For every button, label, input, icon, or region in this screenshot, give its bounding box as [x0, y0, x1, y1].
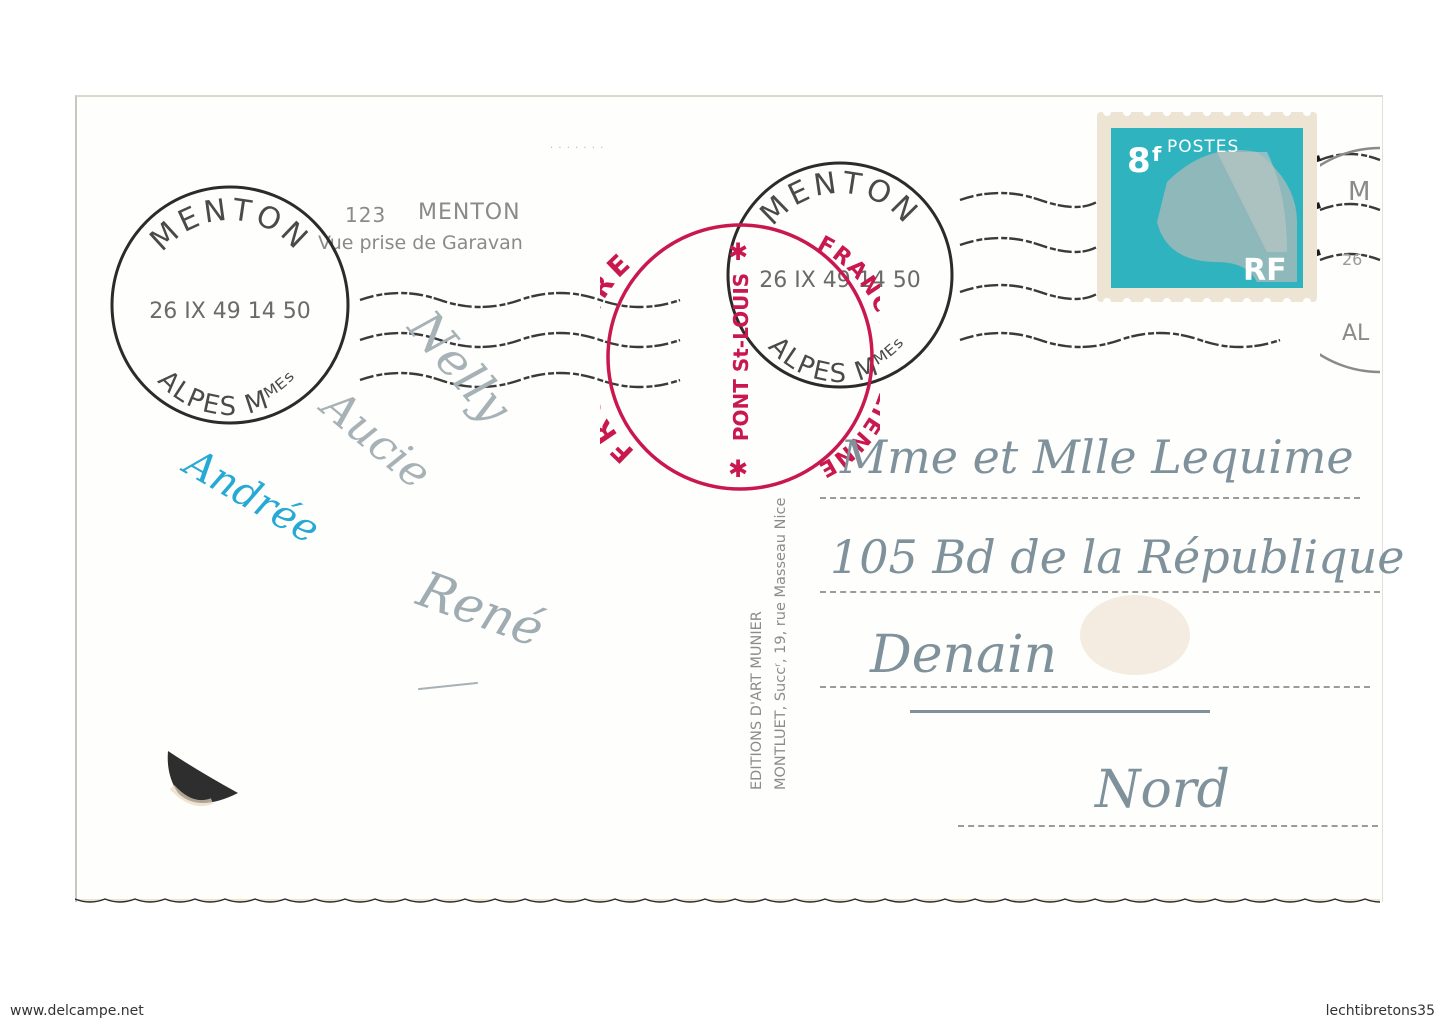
watermark-seller: lechtibretons35: [1326, 1003, 1435, 1019]
postmark-right-partial: M 26 AL: [1320, 140, 1390, 380]
stamp-postes: POSTES: [1167, 137, 1239, 157]
address-line-1: Mme et Mlle Lequime: [840, 430, 1354, 484]
postmark-right-top: M: [1348, 177, 1370, 207]
postmark-left-date: 26 IX 49 14 50: [149, 299, 311, 324]
postmark-right-bottom: AL: [1342, 321, 1370, 346]
stamp-value: 8ᶠ: [1127, 141, 1163, 181]
asterisk-icon: ✱: [728, 455, 748, 483]
postmark-left-bottom: ALPES Mᴹᴱˢ: [152, 365, 308, 422]
address-rule-3: [820, 686, 1370, 688]
cachet-pont-st-louis: PONT St-LOUIS: [729, 273, 753, 441]
stamp-rf: RF: [1243, 253, 1287, 288]
address-rule-4: [958, 825, 1378, 827]
postmark-right-date: 26: [1342, 250, 1362, 269]
postage-stamp: 8ᶠ POSTES RF: [1097, 112, 1317, 302]
address-line-3: Denain: [870, 625, 1057, 685]
asterisk-icon: ✱: [728, 238, 748, 266]
watermark-site: www.delcampe.net: [10, 1003, 144, 1019]
ink-blot: [160, 745, 250, 815]
frontier-cachet: FRONTIÈRE FRANCO-ITALIENNE PONT St-LOUIS…: [600, 215, 880, 500]
svg-text:ALPES Mᴹᴱˢ: ALPES Mᴹᴱˢ: [152, 365, 308, 422]
paper-stain: [1080, 595, 1190, 675]
address-line-2: 105 Bd de la République: [830, 530, 1404, 584]
address-line-4: Nord: [1095, 760, 1230, 820]
town-underline: [910, 710, 1210, 713]
address-rule-1: [820, 497, 1360, 499]
address-rule-2: [820, 591, 1380, 593]
postmark-left: MENTON 26 IX 49 14 50 ALPES Mᴹᴱˢ: [105, 180, 355, 430]
